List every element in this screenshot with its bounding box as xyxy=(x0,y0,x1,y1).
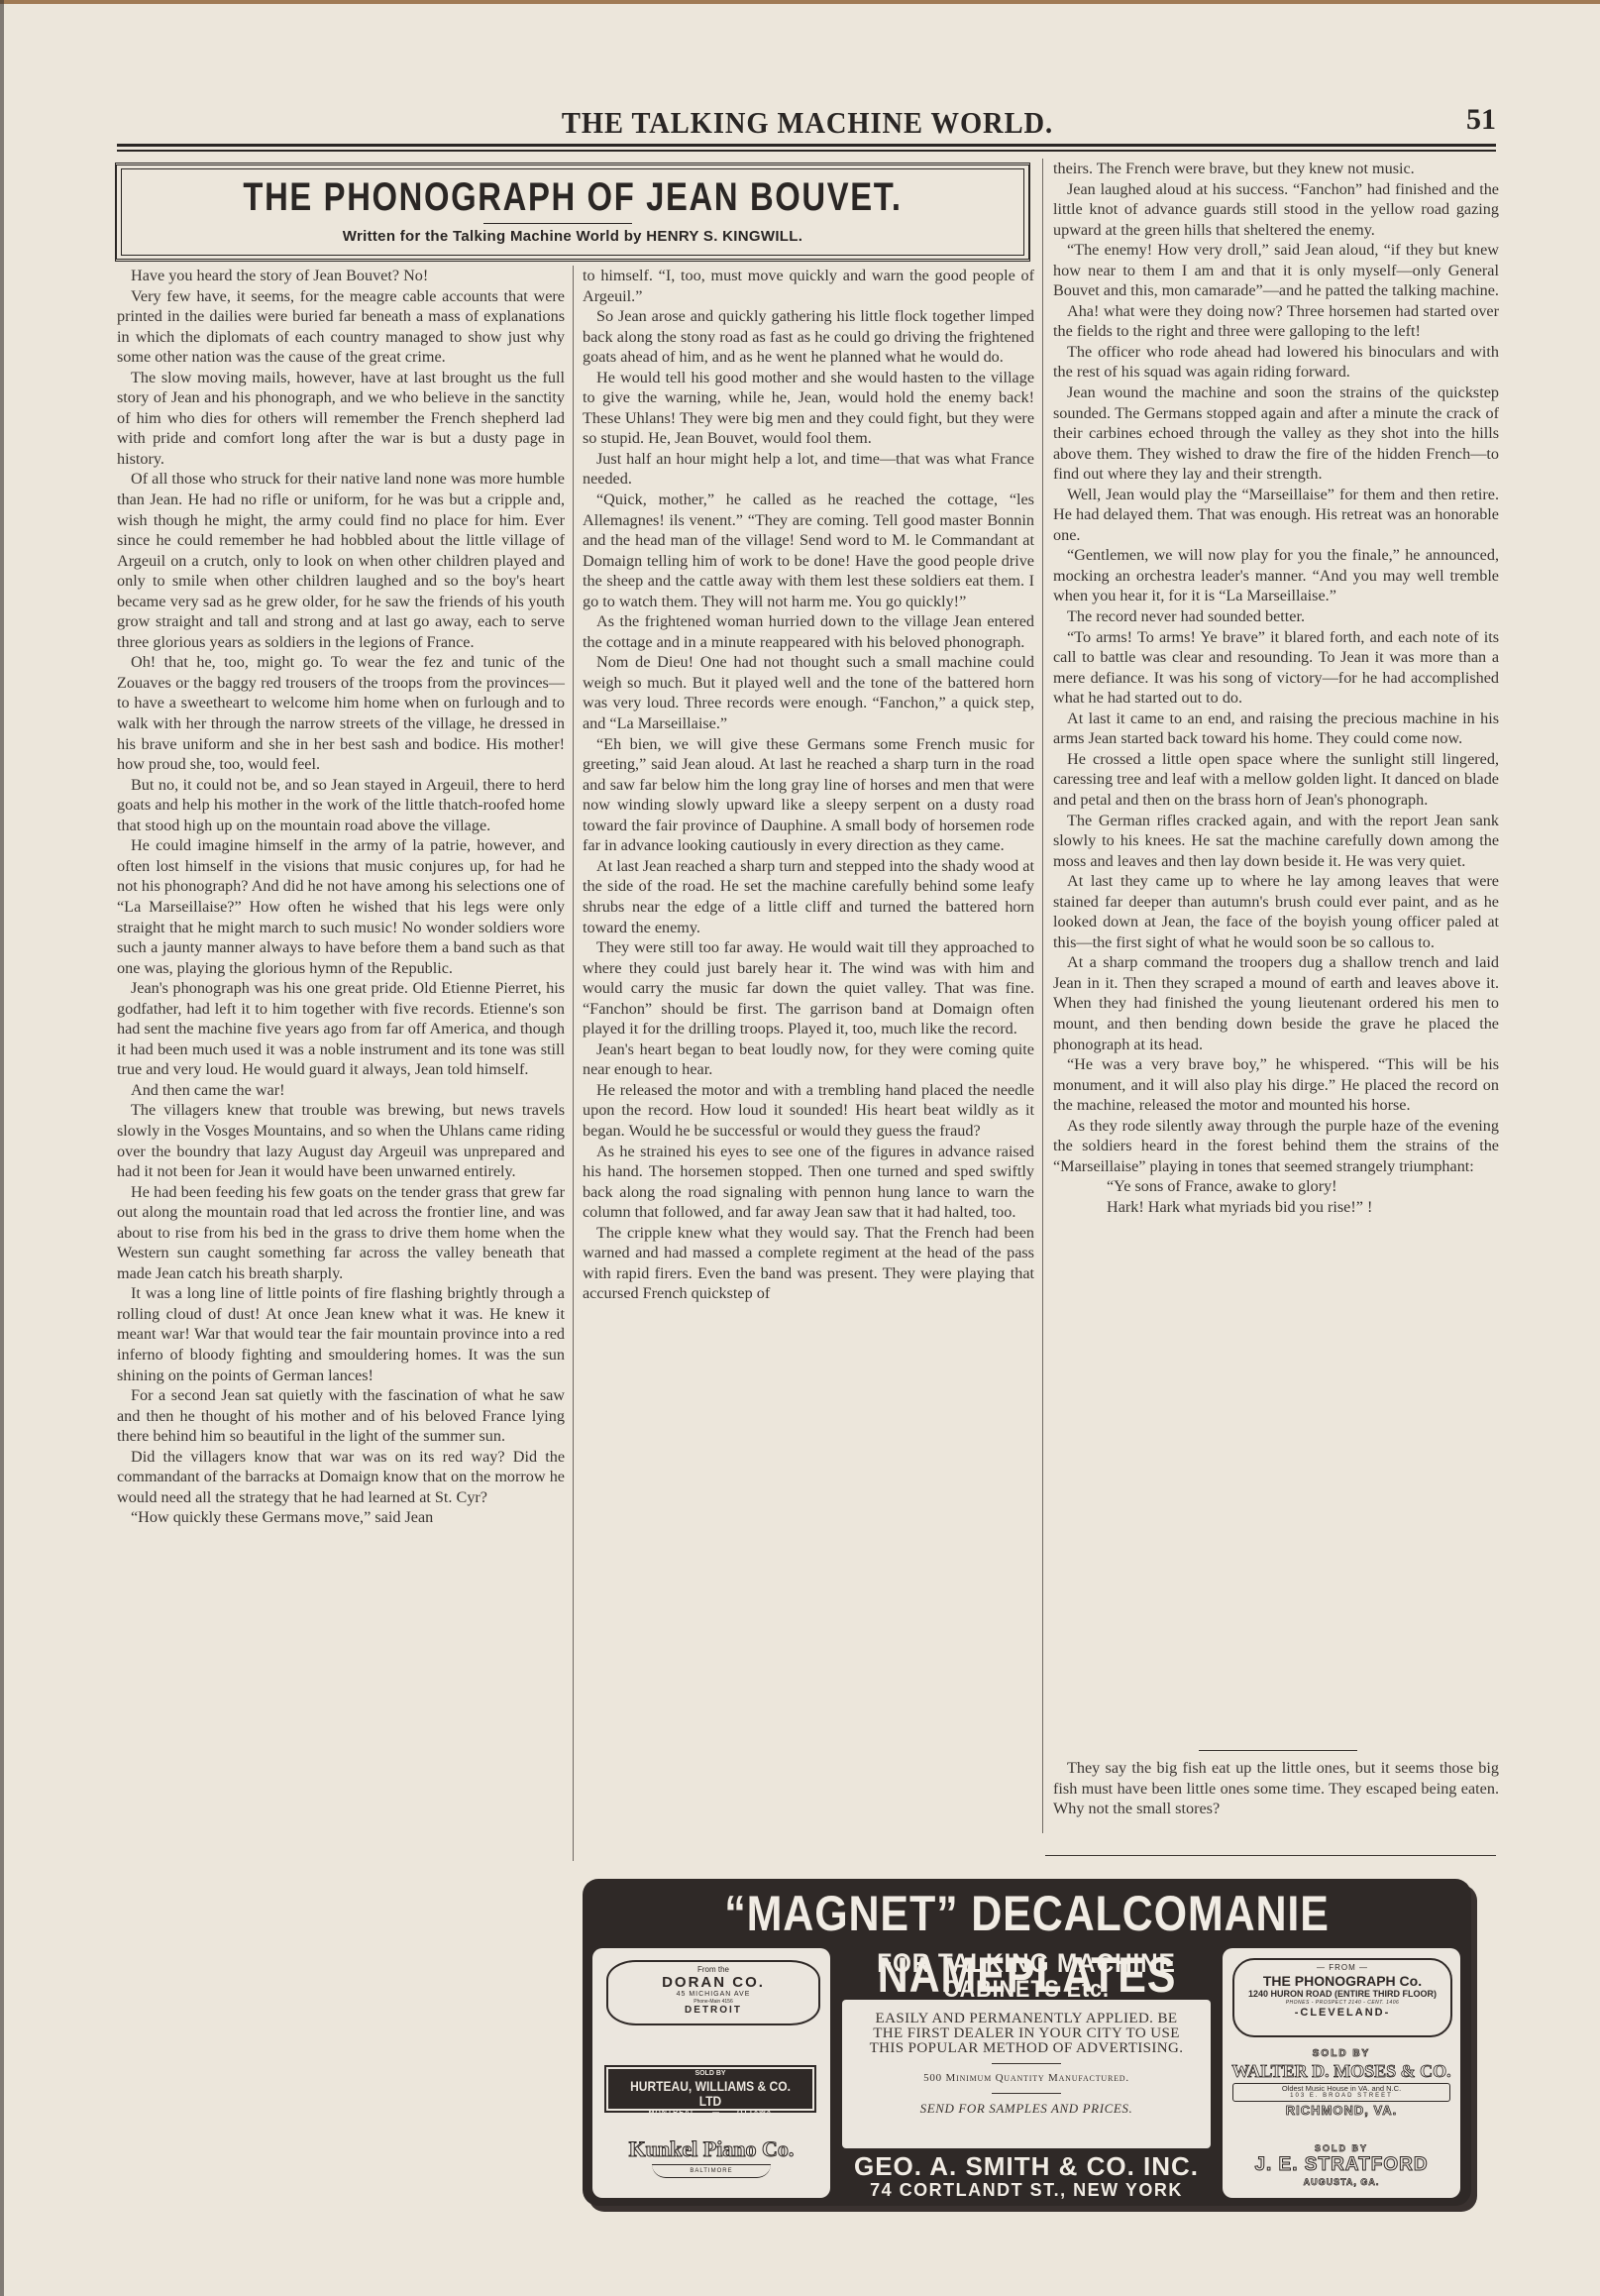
filler-rule xyxy=(1199,1750,1357,1751)
article-paragraph: It was a long line of little points of f… xyxy=(117,1283,565,1385)
ad-rule xyxy=(992,2063,1061,2064)
article-paragraph: As the frightened woman hurried down to … xyxy=(583,611,1034,652)
article-paragraph: Jean's phonograph was his one great prid… xyxy=(117,978,565,1080)
doran-name: DORAN CO. xyxy=(608,1975,818,1991)
article-paragraph: The officer who rode ahead had lowered h… xyxy=(1053,342,1499,383)
article-paragraph: Aha! what were they doing now? Three hor… xyxy=(1053,301,1499,342)
ad-subhead: FOR TALKING MACHINE CABINETS Etc. xyxy=(842,1948,1211,2002)
article-column-1: Have you heard the story of Jean Bouvet?… xyxy=(117,266,565,1528)
ad-headline: “MAGNET” DECALCOMANIE NAMEPLATES xyxy=(645,1883,1409,1944)
article-title: THE PHONOGRAPH OF JEAN BOUVET. xyxy=(199,175,946,220)
ad-subhead-line2: CABINETS Etc. xyxy=(861,1978,1193,2002)
column-divider xyxy=(1042,159,1043,1833)
nameplate-moses: SOLD BY WALTER D. MOSES & CO. Oldest Mus… xyxy=(1228,2047,1454,2120)
article-paragraph: “Gentlemen, we will now play for you the… xyxy=(1053,545,1499,606)
filler-note: They say the big fish eat up the little … xyxy=(1053,1758,1499,1819)
phono-phones: PHONES - PROSPECT 2140 - CENT. 1406 xyxy=(1234,2000,1450,2007)
article-paragraph: Very few have, it seems, for the meagre … xyxy=(117,286,565,368)
nameplate-stratford: SOLD BY J. E. STRATFORD AUGUSTA, GA. xyxy=(1232,2142,1450,2188)
hurteau-cities: MONTREAL — OTTAWA xyxy=(605,2109,815,2119)
article-paragraph: Jean wound the machine and soon the stra… xyxy=(1053,383,1499,485)
kunkel-name: Kunkel Piano Co. xyxy=(606,2136,816,2162)
nameplate-doran: From the DORAN CO. 45 MICHIGAN AVE Phone… xyxy=(606,1960,820,2025)
nameplate-phonograph-co: — FROM — THE PHONOGRAPH Co. 1240 HURON R… xyxy=(1232,1958,1452,2037)
ad-center-panel: EASILY AND PERMANENTLY APPLIED. BE THE F… xyxy=(842,2000,1211,2148)
stratford-city: AUGUSTA, GA. xyxy=(1232,2176,1450,2188)
article-paragraph: The villagers knew that trouble was brew… xyxy=(117,1100,565,1181)
article-paragraph: So Jean arose and quickly gathering his … xyxy=(583,306,1034,368)
article-paragraph: They were still too far away. He would w… xyxy=(583,937,1034,1039)
article-column-3: theirs. The French were brave, but they … xyxy=(1053,159,1499,1217)
article-paragraph: Jean laughed aloud at his success. “Fanc… xyxy=(1053,179,1499,241)
kunkel-city: BALTIMORE xyxy=(652,2164,771,2178)
moses-name: WALTER D. MOSES & CO. xyxy=(1228,2061,1454,2081)
moses-city: RICHMOND, VA. xyxy=(1228,2102,1454,2120)
phono-name: THE PHONOGRAPH Co. xyxy=(1234,1973,1450,1989)
verse-line: “Ye sons of France, awake to glory! xyxy=(1053,1176,1499,1197)
article-paragraph: At a sharp command the troopers dug a sh… xyxy=(1053,952,1499,1054)
ad-address: 74 CORTLANDT ST., NEW YORK xyxy=(842,2180,1211,2200)
article-paragraph: And then came the war! xyxy=(117,1080,565,1101)
ad-subhead-line1: FOR TALKING MACHINE xyxy=(861,1948,1193,1978)
article-paragraph: “Quick, mother,” he called as he reached… xyxy=(583,490,1034,611)
doran-city: DETROIT xyxy=(608,2005,818,2016)
article-paragraph: Have you heard the story of Jean Bouvet?… xyxy=(117,266,565,286)
moses-tag-box: Oldest Music House in VA. and N.C. 103 E… xyxy=(1232,2083,1450,2102)
nameplate-hurteau: SOLD BY HURTEAU, WILLIAMS & CO. LTD MONT… xyxy=(604,2065,816,2113)
phono-address: 1240 HURON ROAD (ENTIRE THIRD FLOOR) xyxy=(1234,1989,1450,2000)
ad-company: GEO. A. SMITH & CO. INC. xyxy=(842,2152,1211,2180)
article-paragraph: “Eh bien, we will give these Germans som… xyxy=(583,734,1034,856)
page-number: 51 xyxy=(1466,103,1496,137)
article-paragraph: He released the motor and with a trembli… xyxy=(583,1080,1034,1142)
article-paragraph: He could imagine himself in the army of … xyxy=(117,835,565,978)
article-paragraph: He would tell his good mother and she wo… xyxy=(583,368,1034,449)
stratford-sold-by: SOLD BY xyxy=(1232,2142,1450,2154)
article-byline: Written for the Talking Machine World by… xyxy=(117,228,1028,245)
phono-city: -CLEVELAND- xyxy=(1234,2007,1450,2020)
article-column-2: to himself. “I, too, must move quickly a… xyxy=(583,266,1034,1304)
article-paragraph: As he strained his eyes to see one of th… xyxy=(583,1142,1034,1223)
article-paragraph: to himself. “I, too, must move quickly a… xyxy=(583,266,1034,306)
article-paragraph: “To arms! To arms! Ye brave” it blared f… xyxy=(1053,627,1499,709)
article-paragraph: Oh! that he, too, might go. To wear the … xyxy=(117,652,565,774)
article-paragraph: Just half an hour might help a lot, and … xyxy=(583,449,1034,490)
filler-note-text: They say the big fish eat up the little … xyxy=(1053,1758,1499,1819)
article-paragraph: Jean's heart began to beat loudly now, f… xyxy=(583,1039,1034,1080)
hurteau-name: HURTEAU, WILLIAMS & CO. LTD xyxy=(620,2079,800,2109)
running-header: THE TALKING MACHINE WORLD. 51 xyxy=(119,99,1496,149)
article-paragraph: Nom de Dieu! One had not thought such a … xyxy=(583,652,1034,733)
nameplate-kunkel: Kunkel Piano Co. BALTIMORE xyxy=(606,2136,816,2186)
article-paragraph: For a second Jean sat quietly with the f… xyxy=(117,1385,565,1447)
article-paragraph: The cripple knew what they would say. Th… xyxy=(583,1223,1034,1304)
ad-sample-panel-left: From the DORAN CO. 45 MICHIGAN AVE Phone… xyxy=(592,1948,830,2198)
stratford-name: J. E. STRATFORD xyxy=(1232,2154,1450,2176)
filler-rule-bottom xyxy=(1045,1855,1496,1856)
article-paragraph: Did the villagers know that war was on i… xyxy=(117,1447,565,1508)
byline-rule xyxy=(483,223,632,224)
magnet-nameplates-advertisement: “MAGNET” DECALCOMANIE NAMEPLATES From th… xyxy=(583,1879,1471,2206)
ad-footer: GEO. A. SMITH & CO. INC. 74 CORTLANDT ST… xyxy=(842,2152,1211,2200)
article-paragraph: At last it came to an end, and raising t… xyxy=(1053,709,1499,749)
article-paragraph: The German rifles cracked again, and wit… xyxy=(1053,811,1499,872)
ad-minimum-quantity: 500 Minimum Quantity Manufactured. xyxy=(862,2071,1191,2086)
article-paragraph: But no, it could not be, and so Jean sta… xyxy=(117,775,565,836)
ad-call-to-action: SEND FOR SAMPLES AND PRICES. xyxy=(862,2101,1191,2116)
ad-body: EASILY AND PERMANENTLY APPLIED. BE THE F… xyxy=(862,2012,1191,2116)
article-paragraph: “The enemy! How very droll,” said Jean a… xyxy=(1053,240,1499,301)
article-paragraph: theirs. The French were brave, but they … xyxy=(1053,159,1499,179)
column-divider xyxy=(573,266,574,1861)
article-paragraph: As they rode silently away through the p… xyxy=(1053,1116,1499,1177)
article-paragraph: The slow moving mails, however, have at … xyxy=(117,368,565,470)
moses-street: 103 E. BROAD STREET xyxy=(1235,2093,1447,2100)
ad-body-text: EASILY AND PERMANENTLY APPLIED. BE THE F… xyxy=(862,2012,1191,2056)
article-paragraph: At last Jean reached a sharp turn and st… xyxy=(583,856,1034,937)
verse-line: Hark! Hark what myriads bid you rise!” ! xyxy=(1053,1197,1499,1218)
article-paragraph: The record never had sounded better. xyxy=(1053,606,1499,627)
page-edge xyxy=(0,0,1600,4)
article-paragraph: “How quickly these Germans move,” said J… xyxy=(117,1507,565,1528)
moses-tagline: Oldest Music House in VA. and N.C. xyxy=(1235,2085,1447,2093)
doran-address: 45 MICHIGAN AVE xyxy=(608,1991,818,1999)
article-paragraph: At last they came up to where he lay amo… xyxy=(1053,871,1499,952)
publication-title: THE TALKING MACHINE WORLD. xyxy=(174,105,1441,141)
ad-sample-panel-right: — FROM — THE PHONOGRAPH Co. 1240 HURON R… xyxy=(1223,1948,1460,2198)
ad-rule xyxy=(992,2093,1061,2094)
header-rule xyxy=(117,150,1496,152)
article-paragraph: He crossed a little open space where the… xyxy=(1053,749,1499,811)
article-paragraph: Of all those who struck for their native… xyxy=(117,469,565,652)
article-title-box: THE PHONOGRAPH OF JEAN BOUVET. Written f… xyxy=(115,163,1030,262)
article-paragraph: “He was a very brave boy,” he whispered.… xyxy=(1053,1054,1499,1116)
page-edge-left xyxy=(0,0,4,2296)
header-rule xyxy=(117,144,1496,147)
phono-from: — FROM — xyxy=(1234,1963,1450,1973)
moses-sold-by: SOLD BY xyxy=(1228,2047,1454,2061)
article-paragraph: He had been feeding his few goats on the… xyxy=(117,1182,565,1284)
article-paragraph: Well, Jean would play the “Marseillaise”… xyxy=(1053,485,1499,546)
